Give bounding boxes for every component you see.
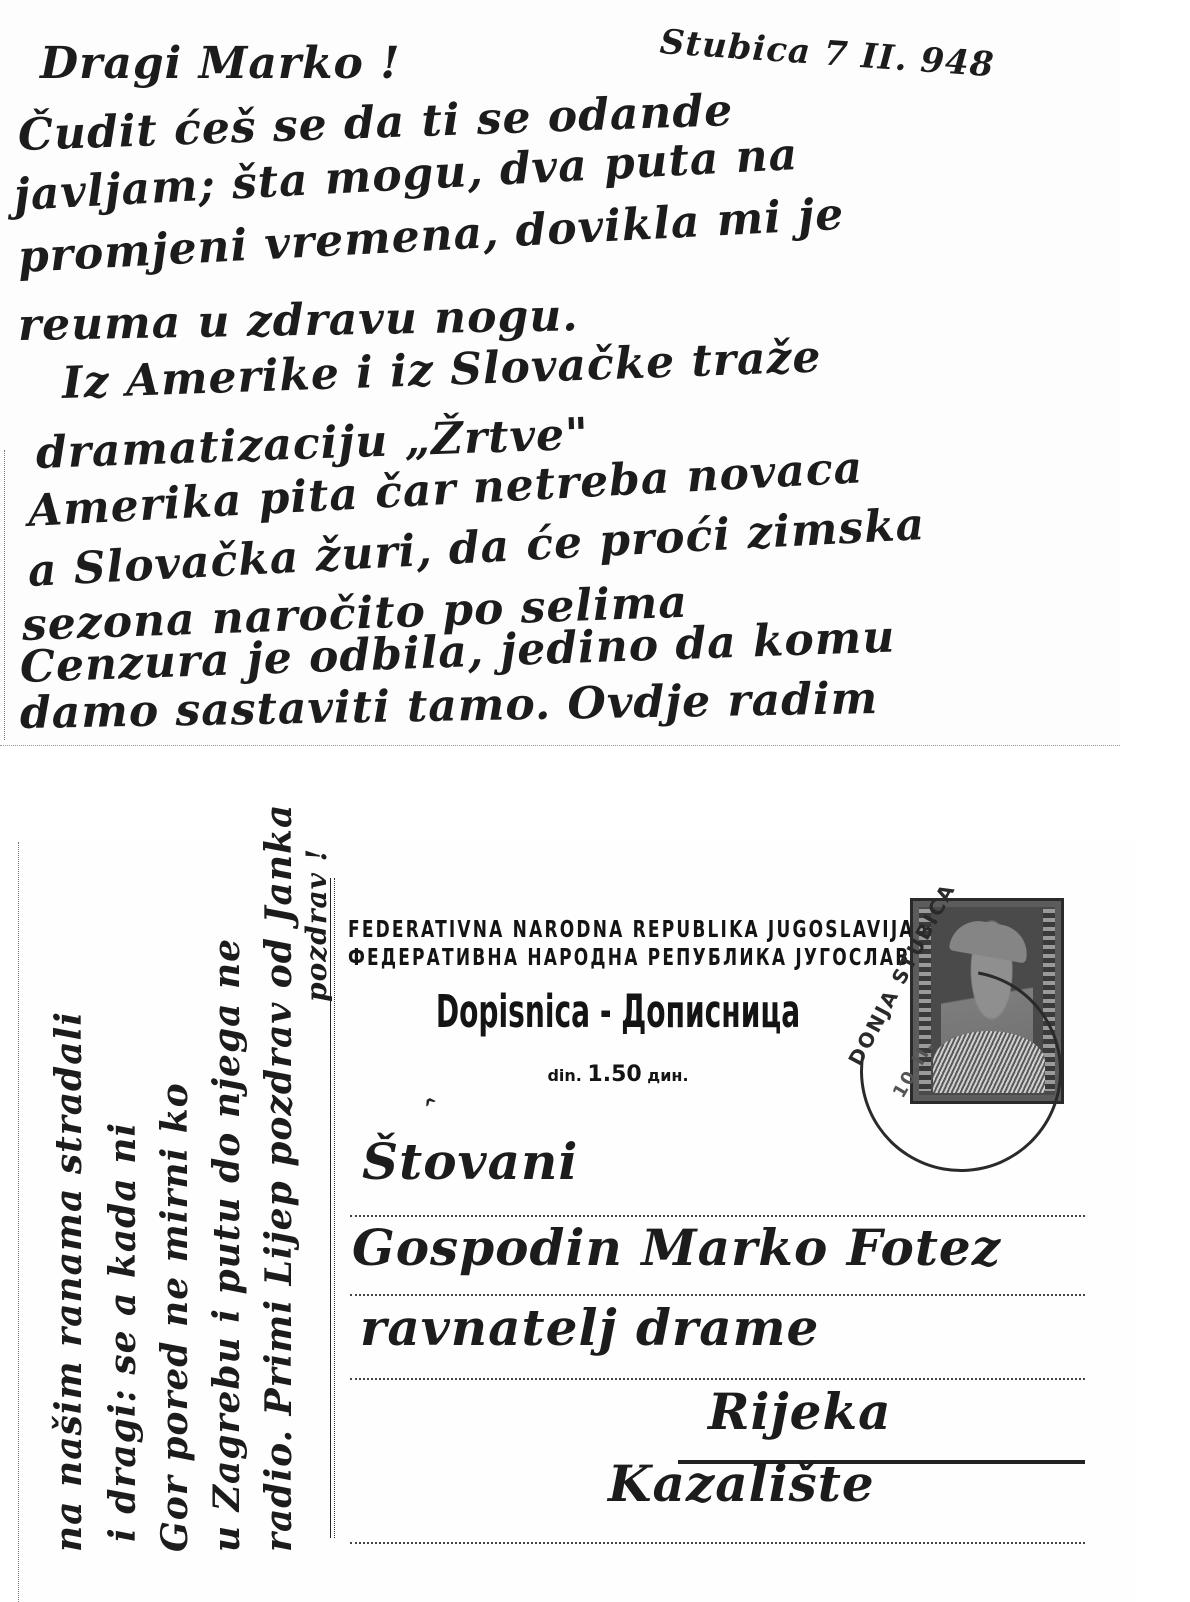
side-message-line: u Zagrebu i putu do njega ne xyxy=(206,852,248,1552)
address-line-4 xyxy=(350,1542,1085,1544)
place-date: Stubica 7 II. 948 xyxy=(659,22,996,85)
price-prefix: din. xyxy=(547,1066,581,1085)
letter-side: Dragi Marko ! Stubica 7 II. 948 Čudit će… xyxy=(0,0,1120,746)
header-latin: FEDERATIVNA NARODNA REPUBLIKA JUGOSLAVIJ… xyxy=(348,917,888,944)
address-institution: Kazalište xyxy=(608,1454,875,1513)
side-message-line: na našim ranama stradali xyxy=(48,852,90,1552)
side-message-line: pozdrav ! xyxy=(300,842,333,1002)
pen-mark: ˆ xyxy=(420,1093,450,1131)
card-title: Dopisnica - Дописница xyxy=(407,987,828,1038)
address-city: Rijeka xyxy=(708,1382,892,1441)
side-message-line: radio. Primi Lijep pozdrav od Janka xyxy=(258,842,300,1552)
side-message-line: i dragi: se a kada ni xyxy=(102,882,144,1542)
address-name: Gospodin Marko Fotez xyxy=(352,1218,1001,1277)
side-message-line: Gor pored ne mirni ko xyxy=(154,862,196,1552)
address-line-3 xyxy=(350,1378,1085,1380)
address-salutation: Štovani xyxy=(362,1132,578,1191)
address-role: ravnatelj drame xyxy=(360,1298,819,1357)
greeting: Dragi Marko ! xyxy=(40,38,401,89)
postcard-address-side: na našim ranama stradali i dragi: se a k… xyxy=(18,842,1138,1602)
address-line-2 xyxy=(350,1294,1085,1296)
address-line-1 xyxy=(350,1215,1085,1217)
header-cyrillic: ФЕДЕРАТИВНА НАРОДНА РЕПУБЛИКА ЈУГОСЛАВИЈ… xyxy=(348,945,888,972)
price-line: din. 1.50 дин. xyxy=(348,1062,888,1087)
panel-divider xyxy=(330,878,335,1538)
paper-edge xyxy=(4,450,6,740)
price-suffix: дин. xyxy=(647,1066,688,1085)
price-value: 1.50 xyxy=(587,1062,641,1087)
side-message-panel: na našim ranama stradali i dragi: se a k… xyxy=(18,842,336,1562)
